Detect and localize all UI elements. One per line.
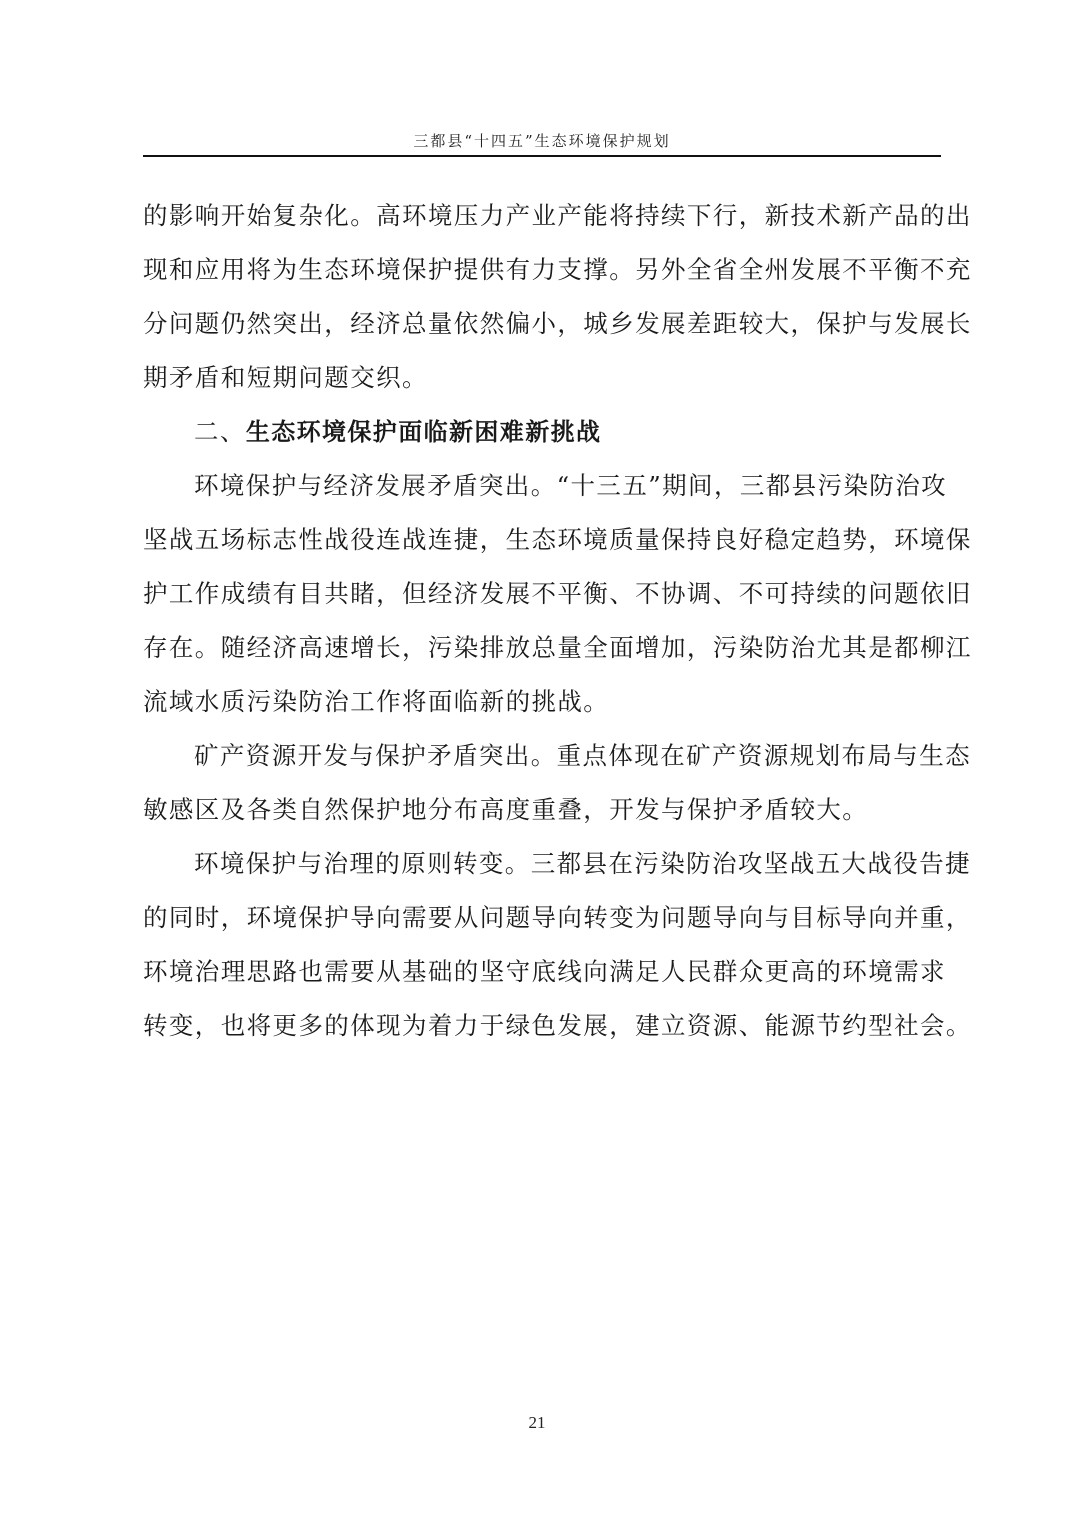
page-number: 21 [0,1413,1074,1433]
text-line: 的影响开始复杂化。高环境压力产业产能将持续下行，新技术新产品的出 [143,196,941,250]
text-line: 的同时，环境保护导向需要从问题导向转变为问题导向与目标导向并重， [143,898,941,952]
text-line: 期矛盾和短期问题交织。 [143,358,941,412]
text-line: 矿产资源开发与保护矛盾突出。重点体现在矿产资源规划布局与生态 [143,736,941,790]
running-header: 三都县“十四五”生态环境保护规划 [143,130,941,151]
heading-number: 二、 [194,417,246,446]
text-line: 护工作成绩有目共睹，但经济发展不平衡、不协调、不可持续的问题依旧 [143,574,941,628]
paragraph-mining-conflict: 矿产资源开发与保护矛盾突出。重点体现在矿产资源规划布局与生态 敏感区及各类自然保… [143,736,941,844]
heading-text: 生态环境保护面临新困难新挑战 [246,418,602,446]
text-line: 环境保护与经济发展矛盾突出。“十三五”期间，三都县污染防治攻 [143,466,941,520]
text-line: 现和应用将为生态环境保护提供有力支撑。另外全省全州发展不平衡不充 [143,250,941,304]
text-line: 环境保护与治理的原则转变。三都县在污染防治攻坚战五大战役告捷 [143,844,941,898]
text-line: 分问题仍然突出，经济总量依然偏小，城乡发展差距较大，保护与发展长 [143,304,941,358]
text-line: 坚战五场标志性战役连战连捷，生态环境质量保持良好稳定趋势，环境保 [143,520,941,574]
text-line: 敏感区及各类自然保护地分布高度重叠，开发与保护矛盾较大。 [143,790,941,844]
text-line: 存在。随经济高速增长，污染排放总量全面增加，污染防治尤其是都柳江 [143,628,941,682]
paragraph-economy-conflict: 环境保护与经济发展矛盾突出。“十三五”期间，三都县污染防治攻 坚战五场标志性战役… [143,466,941,736]
text-line: 环境治理思路也需要从基础的坚守底线向满足人民群众更高的环境需求 [143,952,941,1006]
document-body: 的影响开始复杂化。高环境压力产业产能将持续下行，新技术新产品的出 现和应用将为生… [143,196,941,1060]
text-line: 流域水质污染防治工作将面临新的挑战。 [143,682,941,736]
text-line: 转变，也将更多的体现为着力于绿色发展，建立资源、能源节约型社会。 [143,1006,941,1060]
section-heading: 二、生态环境保护面临新困难新挑战 [143,412,941,466]
paragraph-principle-shift: 环境保护与治理的原则转变。三都县在污染防治攻坚战五大战役告捷 的同时，环境保护导… [143,844,941,1060]
paragraph-continuation: 的影响开始复杂化。高环境压力产业产能将持续下行，新技术新产品的出 现和应用将为生… [143,196,941,412]
header-rule [143,155,941,157]
